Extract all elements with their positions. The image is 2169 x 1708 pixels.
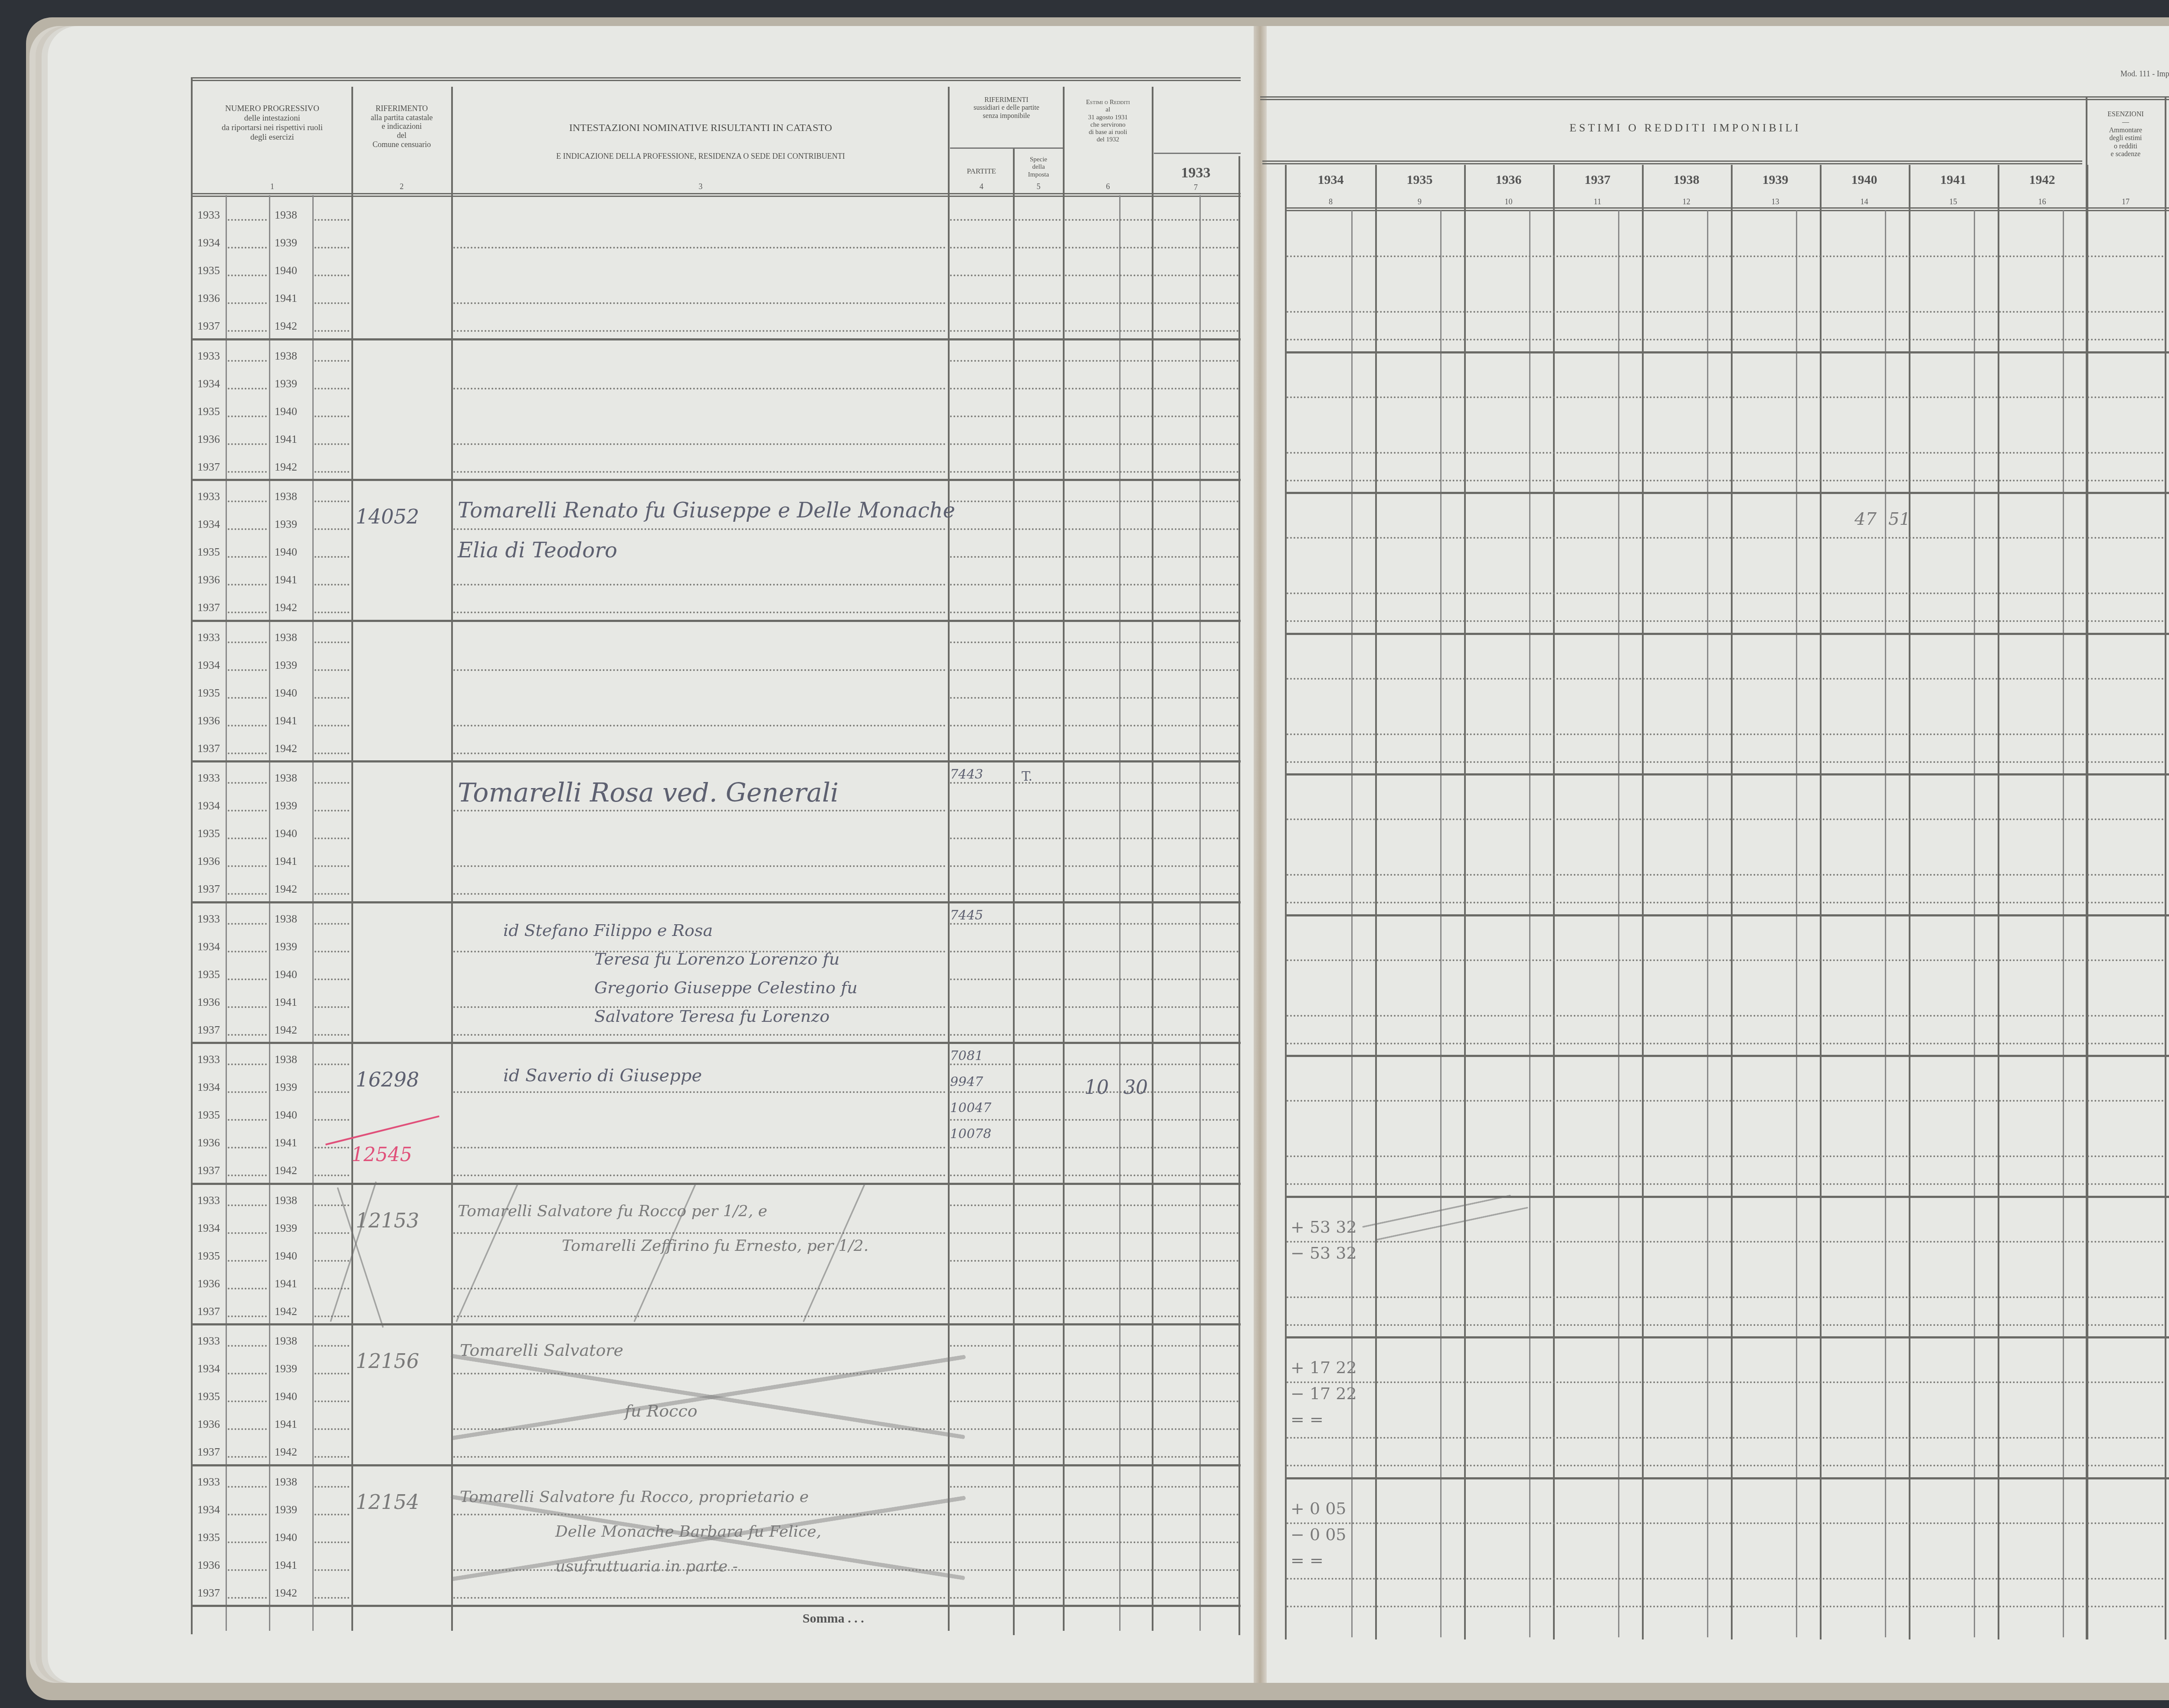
year-label-left: 1934 bbox=[197, 659, 220, 672]
year-label-right: 1939 bbox=[275, 940, 297, 953]
dotted-line bbox=[453, 1428, 946, 1430]
dotted-line bbox=[950, 1175, 1011, 1176]
entry-separator bbox=[1285, 1196, 2169, 1198]
year-label-right: 1941 bbox=[275, 433, 297, 446]
year-label-right: 1940 bbox=[275, 687, 297, 700]
partita-number: 7081 bbox=[950, 1048, 983, 1063]
dotted-line bbox=[1065, 669, 1238, 671]
dotted-line bbox=[1065, 501, 1238, 502]
dotted-line bbox=[1287, 1381, 2085, 1383]
partita-number: 7443 bbox=[950, 767, 983, 782]
dotted-line bbox=[1065, 1597, 1238, 1599]
dotted-line bbox=[950, 1569, 1011, 1571]
dotted-line bbox=[228, 1541, 267, 1543]
dotted-line bbox=[1065, 1345, 1238, 1347]
dotted-line bbox=[1015, 1147, 1061, 1148]
year-label-right: 1939 bbox=[275, 799, 297, 812]
dotted-line bbox=[950, 1006, 1011, 1008]
entry-separator bbox=[191, 1464, 1241, 1466]
dotted-line bbox=[1015, 641, 1061, 643]
dotted-line bbox=[315, 1514, 349, 1515]
dotted-line bbox=[228, 247, 267, 249]
dotted-line bbox=[950, 1400, 1011, 1402]
dotted-line bbox=[1015, 1514, 1061, 1515]
dotted-line bbox=[228, 528, 267, 530]
year-label-left: 1933 bbox=[197, 1194, 220, 1207]
year-cents-sep bbox=[1796, 210, 1797, 1637]
dotted-line bbox=[950, 1034, 1011, 1036]
dotted-line bbox=[1015, 1541, 1061, 1543]
dotted-line bbox=[950, 584, 1011, 586]
dotted-line bbox=[228, 1486, 267, 1488]
year-label-left: 1933 bbox=[197, 209, 220, 222]
col6-cents-sep bbox=[1119, 195, 1121, 1631]
dotted-line bbox=[228, 1091, 267, 1093]
dotted-line bbox=[315, 1006, 349, 1008]
entry-separator bbox=[1285, 1336, 2169, 1338]
year-label-right: 1941 bbox=[275, 996, 297, 1009]
dotted-line bbox=[315, 1569, 349, 1571]
dotted-line bbox=[228, 360, 267, 362]
dotted-line bbox=[1065, 753, 1238, 754]
entry-separator bbox=[191, 760, 1241, 762]
year-label-right: 1940 bbox=[275, 405, 297, 418]
year-label-left: 1937 bbox=[197, 742, 220, 755]
dotted-line bbox=[1065, 471, 1238, 473]
year-cents-sep bbox=[2063, 210, 2064, 1637]
dotted-line bbox=[1287, 1465, 2085, 1466]
dotted-line bbox=[2087, 902, 2163, 903]
header-col4-partite: PARTITE bbox=[950, 167, 1013, 176]
dotted-line bbox=[228, 923, 267, 925]
dotted-line bbox=[315, 1288, 349, 1289]
header-col5-line: della bbox=[1014, 164, 1063, 171]
dotted-line bbox=[1065, 782, 1238, 784]
year-label-left: 1936 bbox=[197, 1136, 220, 1149]
dotted-line bbox=[2087, 255, 2163, 257]
dotted-line bbox=[950, 1345, 1011, 1347]
header-col6-line: 31 agosto 1931 bbox=[1064, 114, 1152, 121]
dotted-line bbox=[315, 360, 349, 362]
dotted-line bbox=[315, 388, 349, 389]
year-label-right: 1941 bbox=[275, 292, 297, 305]
year-label-left: 1935 bbox=[197, 405, 220, 418]
dotted-line bbox=[2087, 1578, 2163, 1580]
dotted-line bbox=[1065, 951, 1238, 952]
dotted-line bbox=[1015, 1204, 1061, 1206]
header-col17-line: ESENZIONI bbox=[2087, 111, 2165, 118]
dotted-line bbox=[1015, 1597, 1061, 1599]
dotted-line bbox=[315, 838, 349, 839]
dotted-line bbox=[315, 528, 349, 530]
dotted-line bbox=[1015, 923, 1061, 925]
dotted-line bbox=[1065, 584, 1238, 586]
year-label-right: 1942 bbox=[275, 1446, 297, 1459]
dotted-line bbox=[1065, 612, 1238, 613]
year-label-right: 1940 bbox=[275, 1390, 297, 1403]
year-label-left: 1937 bbox=[197, 461, 220, 474]
dotted-line bbox=[315, 810, 349, 811]
dotted-line bbox=[950, 951, 1011, 952]
dotted-line bbox=[950, 669, 1011, 671]
dotted-line bbox=[950, 501, 1011, 502]
dotted-line bbox=[2087, 452, 2163, 454]
dotted-line bbox=[1015, 219, 1061, 221]
year-header-label: 1941 bbox=[1909, 173, 1998, 187]
intestazione-line: id Saverio di Giuseppe bbox=[503, 1066, 702, 1086]
pencil-calculation: = = bbox=[1291, 1551, 1324, 1570]
pencil-calculation: + 17 22 bbox=[1291, 1358, 1357, 1377]
dotted-line bbox=[453, 612, 946, 613]
dotted-line bbox=[1287, 1183, 2085, 1185]
dotted-line bbox=[228, 1288, 267, 1289]
dotted-line bbox=[2087, 1296, 2163, 1298]
dotted-line bbox=[1287, 1241, 2085, 1243]
dotted-line bbox=[1287, 733, 2085, 735]
year-label-right: 1942 bbox=[275, 320, 297, 333]
dotted-line bbox=[315, 1345, 349, 1347]
dotted-line bbox=[315, 1456, 349, 1458]
dotted-line bbox=[1015, 471, 1061, 473]
year-label-left: 1937 bbox=[197, 1164, 220, 1177]
dotted-line bbox=[453, 1091, 946, 1093]
right-page bbox=[1262, 26, 2169, 1683]
dotted-line bbox=[1065, 838, 1238, 839]
header-col4-5-line: senza imponibile bbox=[950, 112, 1063, 120]
year-label-right: 1938 bbox=[275, 350, 297, 363]
dotted-line bbox=[1015, 1260, 1061, 1262]
intestazione-line: Tomarelli Salvatore fu Rocco, proprietar… bbox=[460, 1488, 809, 1506]
year-label-right: 1942 bbox=[275, 601, 297, 614]
year-label-left: 1936 bbox=[197, 714, 220, 727]
dotted-line bbox=[1015, 1232, 1061, 1234]
year-label-left: 1937 bbox=[197, 1024, 220, 1037]
year-col-number: 13 bbox=[1731, 197, 1820, 206]
right-table-top-rule bbox=[1260, 96, 2169, 100]
dotted-line bbox=[1015, 810, 1061, 811]
dotted-line bbox=[950, 1147, 1011, 1148]
dotted-line bbox=[453, 810, 946, 811]
dotted-line bbox=[228, 471, 267, 473]
dotted-line bbox=[453, 528, 946, 530]
dotted-line bbox=[228, 641, 267, 643]
year-label-left: 1933 bbox=[197, 350, 220, 363]
dotted-line bbox=[315, 1428, 349, 1430]
year-label-left: 1936 bbox=[197, 855, 220, 868]
dotted-line bbox=[1015, 753, 1061, 754]
dotted-line bbox=[1287, 874, 2085, 876]
dotted-line bbox=[1015, 865, 1061, 867]
estimi-1932-value: 10 bbox=[1084, 1076, 1109, 1099]
dotted-line bbox=[2087, 480, 2163, 481]
dotted-line bbox=[1065, 1119, 1238, 1121]
year-label-left: 1933 bbox=[197, 913, 220, 926]
dotted-line bbox=[1015, 1345, 1061, 1347]
dotted-line bbox=[950, 923, 1011, 925]
header-col4-5-line: sussidiari e delle partite bbox=[950, 104, 1063, 112]
year-label-left: 1937 bbox=[197, 883, 220, 896]
dotted-line bbox=[950, 528, 1011, 530]
dotted-line bbox=[1065, 1400, 1238, 1402]
col4-number: 4 bbox=[950, 182, 1013, 191]
dotted-line bbox=[2087, 1437, 2163, 1439]
dotted-line bbox=[950, 1428, 1011, 1430]
dotted-line bbox=[1287, 592, 2085, 594]
dotted-line bbox=[950, 1373, 1011, 1374]
year-cents-sep bbox=[1529, 210, 1530, 1637]
dotted-line bbox=[1015, 1175, 1061, 1176]
year-label-right: 1940 bbox=[275, 546, 297, 559]
dotted-line bbox=[1287, 1324, 2085, 1326]
dotted-line bbox=[950, 1232, 1011, 1234]
dotted-line bbox=[315, 1063, 349, 1065]
dotted-line bbox=[315, 1373, 349, 1374]
pencil-calculation: + 0 05 bbox=[1291, 1499, 1347, 1518]
dotted-line bbox=[1065, 388, 1238, 389]
year-label-left: 1936 bbox=[197, 573, 220, 586]
dotted-line bbox=[315, 1147, 349, 1148]
dotted-line bbox=[1015, 1034, 1061, 1036]
header-col2-line: del bbox=[352, 131, 451, 140]
year-label-right: 1942 bbox=[275, 461, 297, 474]
dotted-line bbox=[1065, 1147, 1238, 1148]
year-col-number: 16 bbox=[1998, 197, 2087, 206]
dotted-line bbox=[950, 810, 1011, 811]
dotted-line bbox=[950, 1486, 1011, 1488]
dotted-line bbox=[1287, 255, 2085, 257]
dotted-line bbox=[1015, 556, 1061, 558]
intestazione-line: Tomarelli Rosa ved. Generali bbox=[458, 778, 839, 808]
dotted-line bbox=[228, 838, 267, 839]
dotted-line bbox=[2087, 1522, 2163, 1524]
dotted-line bbox=[1287, 480, 2085, 481]
header-col2-line: Comune censuario bbox=[352, 140, 451, 149]
dotted-line bbox=[1065, 528, 1238, 530]
dotted-line bbox=[1287, 1437, 2085, 1439]
dotted-line bbox=[315, 1541, 349, 1543]
dotted-line bbox=[1065, 360, 1238, 362]
year-label-left: 1933 bbox=[197, 1476, 220, 1489]
dotted-line bbox=[315, 951, 349, 952]
year-label-left: 1937 bbox=[197, 601, 220, 614]
dotted-line bbox=[2087, 1465, 2163, 1466]
estimo-1940-value: 47 bbox=[1854, 509, 1877, 529]
dotted-line bbox=[453, 1175, 946, 1176]
dotted-line bbox=[950, 1514, 1011, 1515]
dotted-line bbox=[315, 893, 349, 895]
dotted-line bbox=[228, 388, 267, 389]
year-label-left: 1934 bbox=[197, 1503, 220, 1516]
dotted-line bbox=[315, 782, 349, 784]
entry-separator bbox=[191, 1042, 1241, 1044]
dotted-line bbox=[1015, 1456, 1061, 1458]
dotted-line bbox=[315, 471, 349, 473]
dotted-line bbox=[1015, 247, 1061, 249]
entry-separator bbox=[191, 338, 1241, 340]
dotted-line bbox=[1065, 1288, 1238, 1289]
dotted-line bbox=[950, 247, 1011, 249]
year-label-right: 1940 bbox=[275, 827, 297, 840]
dotted-line bbox=[315, 641, 349, 643]
year-header-label: 1934 bbox=[1286, 173, 1375, 187]
year-label-right: 1938 bbox=[275, 1476, 297, 1489]
header-col6-line: del 1932 bbox=[1064, 136, 1152, 144]
dotted-line bbox=[315, 1400, 349, 1402]
dotted-line bbox=[315, 923, 349, 925]
dotted-line bbox=[1065, 330, 1238, 332]
dotted-line bbox=[1015, 1288, 1061, 1289]
dotted-line bbox=[315, 275, 349, 276]
year-label-left: 1936 bbox=[197, 1277, 220, 1290]
year-label-right: 1942 bbox=[275, 1164, 297, 1177]
dotted-line bbox=[315, 1119, 349, 1121]
year-label-left: 1935 bbox=[197, 687, 220, 700]
year-cents-sep bbox=[1440, 210, 1442, 1637]
dotted-line bbox=[1015, 1400, 1061, 1402]
dotted-line bbox=[315, 1034, 349, 1036]
year-label-left: 1937 bbox=[197, 320, 220, 333]
intestazione-line: Elia di Teodoro bbox=[458, 538, 617, 563]
col7-cents-sep bbox=[1199, 195, 1201, 1631]
year-col-number: 11 bbox=[1553, 197, 1642, 206]
dotted-line bbox=[1015, 725, 1061, 726]
header-col3-title: INTESTAZIONI NOMINATIVE RISULTANTI IN CA… bbox=[453, 122, 948, 134]
pencil-calculation: + 53 32 bbox=[1291, 1217, 1357, 1237]
dotted-line bbox=[228, 669, 267, 671]
riferimento-number: 14052 bbox=[356, 505, 419, 528]
year-label-left: 1936 bbox=[197, 996, 220, 1009]
dotted-line bbox=[2087, 1155, 2163, 1157]
year-col-number: 9 bbox=[1375, 197, 1464, 206]
dotted-line bbox=[453, 669, 946, 671]
dotted-line bbox=[453, 725, 946, 726]
col7-subheader-rule bbox=[1154, 153, 1241, 154]
intestazione-line: Tomarelli Salvatore bbox=[460, 1341, 623, 1360]
dotted-line bbox=[950, 753, 1011, 754]
dotted-line bbox=[1065, 1486, 1238, 1488]
dotted-line bbox=[950, 1456, 1011, 1458]
col1-number: 1 bbox=[193, 182, 351, 191]
year-label-right: 1940 bbox=[275, 968, 297, 981]
header-col6-line: di base ai ruoli bbox=[1064, 129, 1152, 136]
dotted-line bbox=[1065, 1428, 1238, 1430]
dotted-line bbox=[315, 1232, 349, 1234]
dotted-line bbox=[1015, 1486, 1061, 1488]
dotted-line bbox=[1015, 1091, 1061, 1093]
dotted-line bbox=[1015, 669, 1061, 671]
dotted-line bbox=[1015, 388, 1061, 389]
estimo-1940-cents: 51 bbox=[1888, 509, 1910, 529]
dotted-line bbox=[1287, 396, 2085, 398]
year-label-left: 1934 bbox=[197, 377, 220, 390]
dotted-line bbox=[228, 1400, 267, 1402]
dotted-line bbox=[1065, 302, 1238, 304]
header-col4-5-line: RIFERIMENTI bbox=[950, 96, 1063, 104]
dotted-line bbox=[228, 978, 267, 980]
year-label-right: 1941 bbox=[275, 1418, 297, 1431]
dotted-line bbox=[228, 556, 267, 558]
dotted-line bbox=[2087, 874, 2163, 876]
dotted-line bbox=[950, 1063, 1011, 1065]
dotted-line bbox=[315, 556, 349, 558]
year-label-right: 1941 bbox=[275, 855, 297, 868]
dotted-line bbox=[315, 1091, 349, 1093]
dotted-line bbox=[315, 753, 349, 754]
dotted-line bbox=[1065, 641, 1238, 643]
dotted-line bbox=[228, 1514, 267, 1515]
dotted-line bbox=[228, 330, 267, 332]
dotted-line bbox=[950, 978, 1011, 980]
dotted-line bbox=[315, 302, 349, 304]
year-label-right: 1939 bbox=[275, 518, 297, 531]
col-sep-4-5 bbox=[1013, 147, 1015, 1635]
dotted-line bbox=[1287, 678, 2085, 680]
dotted-line bbox=[315, 584, 349, 586]
dotted-line bbox=[950, 725, 1011, 726]
dotted-line bbox=[1015, 360, 1061, 362]
dotted-line bbox=[1065, 1541, 1238, 1543]
dotted-line bbox=[228, 1569, 267, 1571]
dotted-line bbox=[1065, 923, 1238, 925]
dotted-line bbox=[228, 1034, 267, 1036]
col3-number: 3 bbox=[453, 182, 948, 191]
pencil-calculation: = = bbox=[1291, 1410, 1324, 1429]
dotted-line bbox=[1015, 1569, 1061, 1571]
col6-number: 6 bbox=[1064, 182, 1152, 191]
year-label-right: 1939 bbox=[275, 1503, 297, 1516]
year-label-left: 1934 bbox=[197, 940, 220, 953]
header-col18-annotazioni: ANNOTAZIONI bbox=[2167, 147, 2169, 158]
dotted-line bbox=[228, 443, 267, 445]
year-label-right: 1942 bbox=[275, 742, 297, 755]
year-label-right: 1939 bbox=[275, 236, 297, 249]
year-label-right: 1939 bbox=[275, 1081, 297, 1094]
dotted-line bbox=[2087, 761, 2163, 763]
dotted-line bbox=[453, 330, 946, 332]
year-label-right: 1939 bbox=[275, 1222, 297, 1235]
dotted-line bbox=[315, 725, 349, 726]
year-label-right: 1938 bbox=[275, 1053, 297, 1066]
year-label-right: 1938 bbox=[275, 913, 297, 926]
dotted-line bbox=[1287, 1296, 2085, 1298]
dotted-line bbox=[453, 388, 946, 389]
dotted-line bbox=[1065, 443, 1238, 445]
entry-separator bbox=[1285, 1477, 2169, 1479]
intestazione-line: Gregorio Giuseppe Celestino fu bbox=[594, 978, 858, 997]
partita-number: 7445 bbox=[950, 908, 983, 923]
dotted-line bbox=[1287, 1100, 2085, 1102]
year-label-right: 1939 bbox=[275, 659, 297, 672]
header-col6-line: Estimi o Redditi bbox=[1064, 99, 1152, 106]
dotted-line bbox=[453, 1597, 946, 1599]
year-label-left: 1935 bbox=[197, 546, 220, 559]
dotted-line bbox=[1015, 697, 1061, 699]
header-col3-subtitle: E INDICAZIONE DELLA PROFESSIONE, RESIDEN… bbox=[453, 152, 948, 161]
entry-separator bbox=[1285, 1055, 2169, 1057]
dotted-line bbox=[315, 330, 349, 332]
dotted-line bbox=[228, 1260, 267, 1262]
header-estimi-title: ESTIMI O REDDITI IMPONIBILI bbox=[1286, 121, 2084, 134]
dotted-line bbox=[1065, 1569, 1238, 1571]
dotted-line bbox=[950, 697, 1011, 699]
partita-number: 10047 bbox=[950, 1100, 991, 1116]
intestazione-line: Tomarelli Salvatore fu Rocco per 1/2, e bbox=[458, 1202, 767, 1220]
col-sep-5-6 bbox=[1063, 87, 1065, 1631]
dotted-line bbox=[315, 978, 349, 980]
dotted-line bbox=[2087, 959, 2163, 961]
header-col1-line: delle intestazioni bbox=[193, 114, 351, 123]
table-bottom-rule bbox=[191, 1605, 1241, 1607]
